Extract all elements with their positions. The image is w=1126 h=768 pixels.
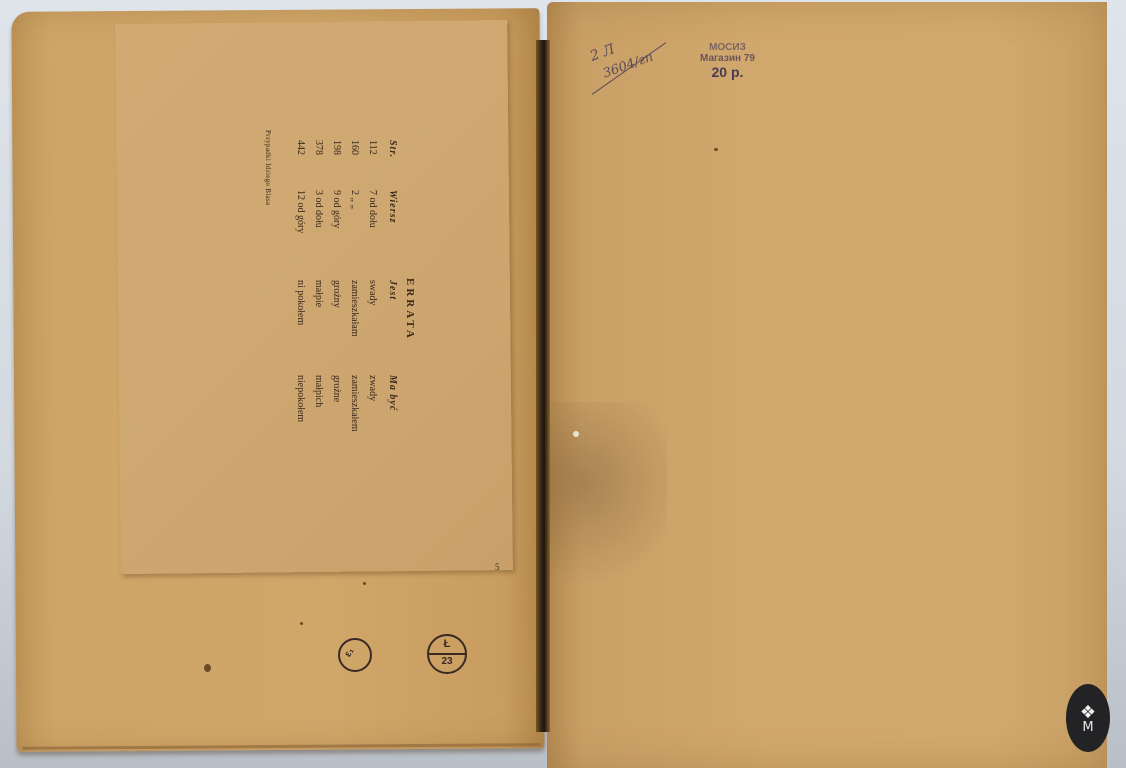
price-stamp: МОСИЗ Магазин 79 20 р.	[700, 42, 755, 80]
library-stamp-big: Ł 23	[427, 634, 467, 674]
cell: groźne	[331, 375, 342, 402]
cell: ni pokołem	[295, 280, 306, 325]
cell: małpie	[313, 280, 324, 307]
watermark-logo: ❖ M	[1066, 684, 1110, 752]
cell: 112	[367, 140, 378, 155]
open-book: ERRATA Str. Wiersz Jest Ma być 112 7 od …	[0, 0, 1126, 768]
library-stamp-small: ε₁	[338, 638, 372, 672]
cell: małpich	[313, 375, 324, 407]
page-number: 5	[495, 562, 500, 572]
cell: 442	[295, 140, 306, 155]
cell: zwady	[367, 375, 378, 401]
cell: zamieszkałam	[349, 280, 360, 337]
book-spine	[536, 40, 550, 732]
errata-title: ERRATA	[404, 278, 416, 341]
cell: 160	[349, 140, 360, 155]
header-page: Str.	[387, 140, 398, 158]
header-is: Jest	[387, 280, 398, 300]
cell: swady	[367, 280, 378, 306]
cell: niepokołem	[295, 375, 306, 422]
cell: 2 „ „	[349, 190, 360, 209]
cell: 12 od góry	[295, 190, 306, 233]
cell: 7 od dołu	[367, 190, 378, 228]
flower-monogram-icon: ❖	[1080, 703, 1096, 721]
cell: zamieszkałem	[349, 375, 360, 432]
errata-footer: Przypadki Idziego Blasa	[264, 130, 272, 205]
cell: 3 od dołu	[313, 190, 324, 228]
header-line: Wiersz	[387, 190, 398, 223]
cell: 9 od góry	[331, 190, 342, 228]
cell: 378	[313, 140, 324, 155]
errata-table: ERRATA Str. Wiersz Jest Ma być 112 7 od …	[252, 130, 422, 460]
cell: 198	[331, 140, 342, 155]
pencil-note: 2 Л 3604/гп	[590, 40, 680, 95]
cell: groźny	[331, 280, 342, 308]
right-page-endpaper	[547, 2, 1107, 768]
header-should-be: Ma być	[387, 375, 398, 411]
